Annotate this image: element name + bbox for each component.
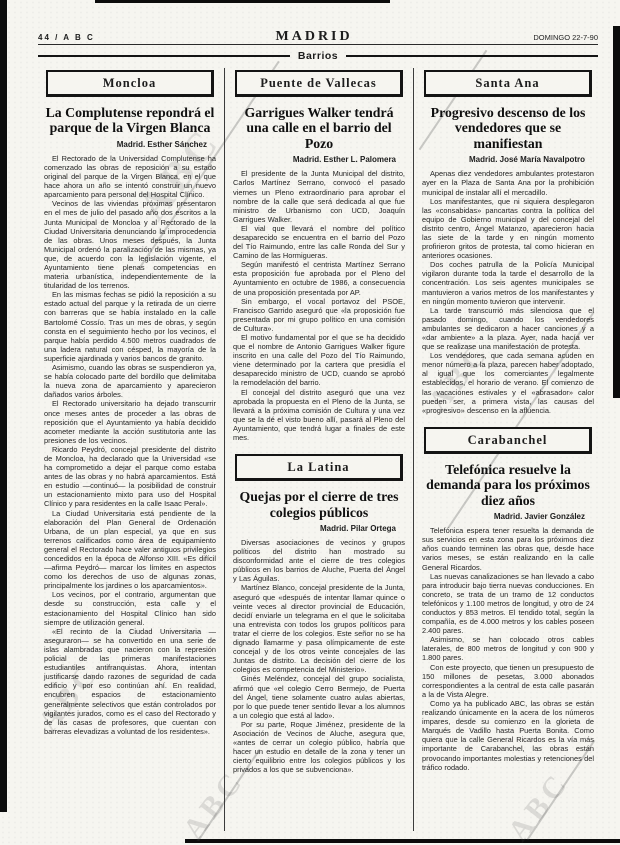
header-rule: [38, 44, 598, 45]
page-number: 44 / A B C: [38, 33, 95, 42]
article-body: El Rectorado de la Universidad Compluten…: [44, 154, 216, 736]
article-paragraph: Según manifestó el centrista Martínez Se…: [233, 260, 405, 296]
article-paragraph: El vial que llevará el nombre del políti…: [233, 224, 405, 260]
article-columns: Moncloa La Complutense repondrá el parqu…: [36, 68, 602, 831]
article-byline: Madrid. Esther L. Palomera: [233, 155, 405, 164]
article-paragraph: Ginés Meléndez, concejal del grupo socia…: [233, 674, 405, 719]
column-vallecas-latina: Puente de Vallecas Garrigues Walker tend…: [224, 68, 413, 831]
article-paragraph: Los vecinos, por el contrario, argumenta…: [44, 590, 216, 626]
article-paragraph: El motivo fundamental por el que se ha d…: [233, 333, 405, 388]
article-byline: Madrid. Javier González: [422, 512, 594, 521]
subsection-rule-right: [346, 55, 598, 57]
article-paragraph: Ricardo Peydró, concejal presidente del …: [44, 445, 216, 509]
article-headline: Garrigues Walker tendrá una calle en el …: [233, 105, 405, 151]
district-header-box: Moncloa: [46, 70, 214, 97]
subsection-label: Barrios: [298, 50, 338, 62]
article-paragraph: La Ciudad Universitaria está pendiente d…: [44, 509, 216, 591]
article-paragraph: Telefónica espera tener resuelta la dema…: [422, 526, 594, 571]
article-paragraph: Los manifestantes, que ni siquiera despl…: [422, 197, 594, 261]
newspaper-page: ABC ABC ABC ABC ABC 44 / A B C MADRID DO…: [0, 0, 620, 845]
article-paragraph: Martínez Blanco, concejal presidente de …: [233, 583, 405, 674]
district-label: Puente de Vallecas: [260, 76, 377, 90]
article-paragraph: El Rectorado de la Universidad Compluten…: [44, 154, 216, 199]
article-paragraph: Asimismo, se han colocado otros cables l…: [422, 635, 594, 662]
article-body: Diversas asociaciones de vecinos y grupo…: [233, 538, 405, 774]
article-paragraph: Sin embargo, el vocal portavoz del PSOE,…: [233, 297, 405, 333]
article-paragraph: «El recinto de la Ciudad Universitaria —…: [44, 627, 216, 736]
article-body: El presidente de la Junta Municipal del …: [233, 169, 405, 442]
article-body: Apenas diez vendedores ambulantes protes…: [422, 169, 594, 415]
district-header-box: Carabanchel: [424, 427, 592, 454]
article-paragraph: Dos coches patrulla de la Policía Munici…: [422, 260, 594, 305]
scan-edge-top: [95, 0, 390, 3]
district-header-box: Santa Ana: [424, 70, 592, 97]
article-paragraph: Apenas diez vendedores ambulantes protes…: [422, 169, 594, 196]
article-paragraph: El presidente de la Junta Municipal del …: [233, 169, 405, 224]
district-label: Santa Ana: [475, 76, 539, 90]
article-body: Telefónica espera tener resuelta la dema…: [422, 526, 594, 772]
article-headline: Telefónica resuelve la demanda para los …: [422, 462, 594, 508]
article-paragraph: Vecinos de las viviendas próximas presen…: [44, 199, 216, 290]
scan-edge-left: [0, 0, 7, 812]
article-paragraph: El concejal del distrito aseguró que una…: [233, 388, 405, 443]
article-paragraph: El Rectorado universitario ha dejado tra…: [44, 399, 216, 444]
article-paragraph: Las nuevas canalizaciones se han llevado…: [422, 572, 594, 636]
subsection-rule-left: [38, 55, 290, 57]
article-paragraph: Diversas asociaciones de vecinos y grupo…: [233, 538, 405, 583]
issue-date: DOMINGO 22-7-90: [533, 33, 598, 42]
column-santa-ana-carabanchel: Santa Ana Progresivo descenso de los ven…: [413, 68, 602, 831]
district-label: Moncloa: [103, 76, 157, 90]
article-paragraph: Con este proyecto, que tienen un presupu…: [422, 663, 594, 699]
article-headline: La Complutense repondrá el parque de la …: [44, 105, 216, 136]
article-headline: Progresivo descenso de los vendedores qu…: [422, 105, 594, 151]
article-paragraph: Por su parte, Roque Jiménez, presidente …: [233, 720, 405, 775]
scan-edge-right: [613, 26, 620, 398]
article-byline: Madrid. José María Navalpotro: [422, 155, 594, 164]
article-paragraph: Los vendedores, que cada semana acuden e…: [422, 351, 594, 415]
article-paragraph: Como ya ha publicado ABC, las obras se e…: [422, 699, 594, 772]
district-label: Carabanchel: [468, 433, 548, 447]
section-title: MADRID: [95, 29, 534, 45]
article-byline: Madrid. Esther Sánchez: [44, 140, 216, 149]
district-label: La Latina: [287, 460, 349, 474]
scan-edge-bottom: [185, 839, 620, 843]
page-header: 44 / A B C MADRID DOMINGO 22-7-90: [38, 29, 598, 45]
article-paragraph: En las mismas fechas se pidió la reposic…: [44, 290, 216, 363]
article-paragraph: Asimismo, cuando las obras se suspendier…: [44, 363, 216, 399]
article-byline: Madrid. Pilar Ortega: [233, 524, 405, 533]
column-moncloa: Moncloa La Complutense repondrá el parqu…: [36, 68, 224, 831]
district-header-box: Puente de Vallecas: [235, 70, 403, 97]
article-paragraph: La tarde transcurrió más silenciosa que …: [422, 306, 594, 351]
article-headline: Quejas por el cierre de tres colegios pú…: [233, 489, 405, 520]
subsection-header: Barrios: [38, 50, 598, 62]
district-header-box: La Latina: [235, 454, 403, 481]
